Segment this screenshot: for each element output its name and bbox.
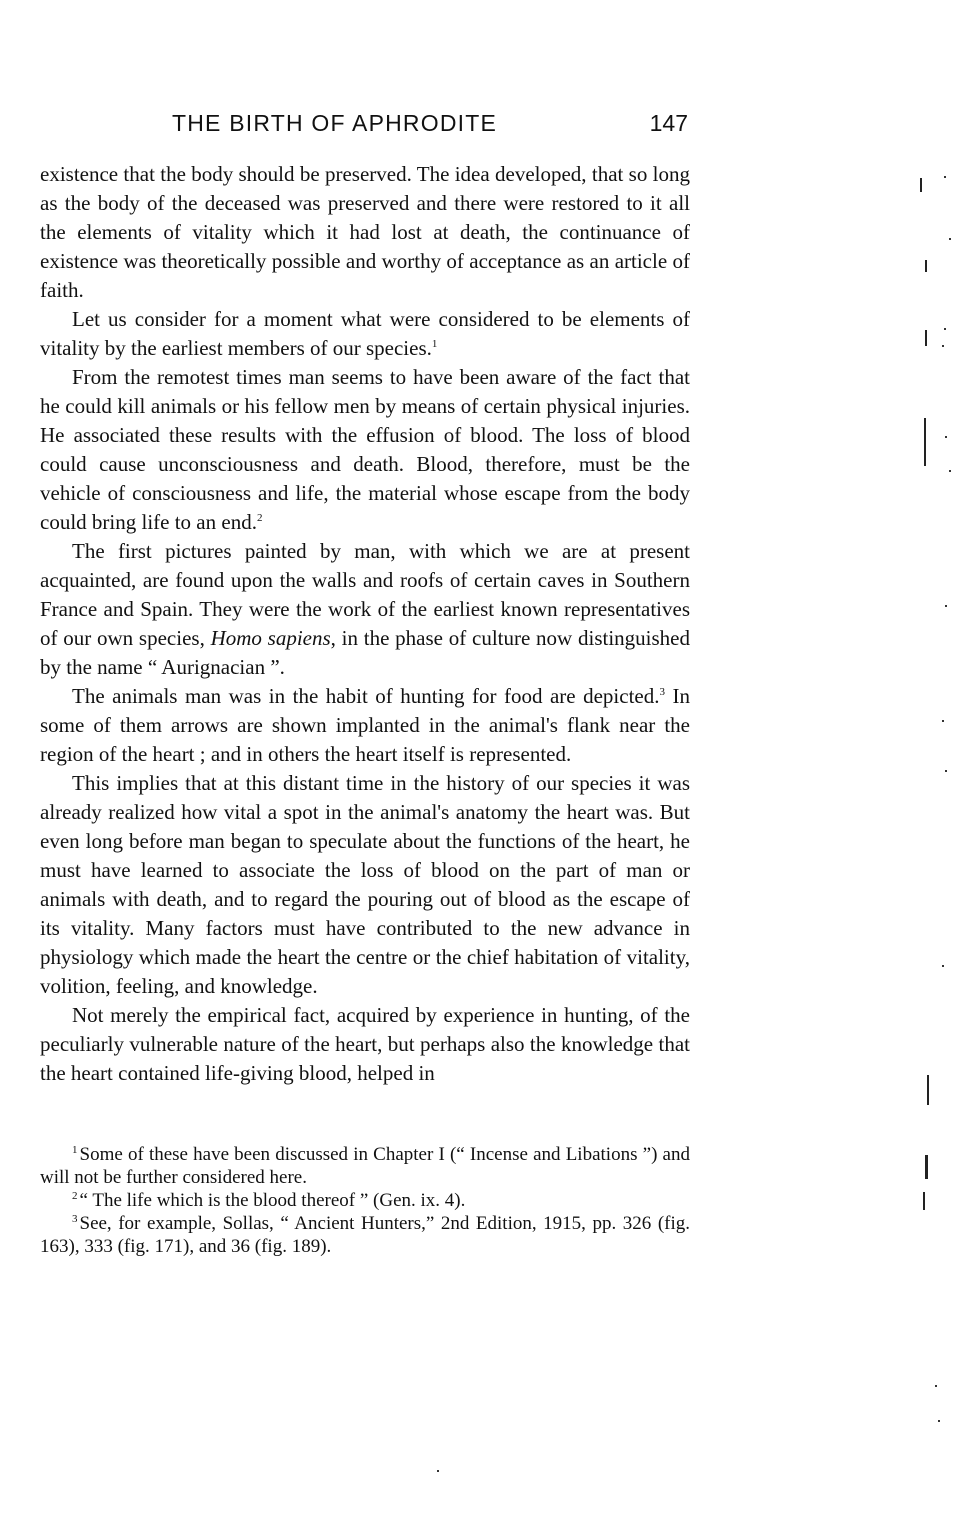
footnote-text: See, for example, Sollas, “ Ancient Hunt… xyxy=(40,1213,690,1257)
scan-speck xyxy=(949,470,951,472)
scan-artifact xyxy=(923,1192,925,1210)
scan-speck xyxy=(945,436,947,438)
paragraph-cave-paintings: The first pictures painted by man, with … xyxy=(40,537,690,682)
scan-artifact xyxy=(925,260,927,272)
scan-speck xyxy=(942,720,944,722)
footnote-1: 1Some of these have been discussed in Ch… xyxy=(40,1143,690,1189)
paragraph-text: From the remotest times man seems to hav… xyxy=(40,365,690,534)
scan-speck xyxy=(938,1420,940,1422)
scanned-book-page: THE BIRTH OF APHRODITE 147 existence tha… xyxy=(0,0,971,1514)
scan-artifact xyxy=(925,1155,928,1179)
running-title: THE BIRTH OF APHRODITE xyxy=(172,110,497,137)
scan-artifact xyxy=(927,1075,929,1105)
scan-speck xyxy=(945,605,947,607)
footnote-ref-1[interactable]: 1 xyxy=(432,338,438,350)
paragraph-text: This implies that at this distant time i… xyxy=(40,771,690,998)
footnote-text: “ The life which is the blood thereof ” … xyxy=(80,1190,466,1211)
paragraph-empirical-fact: Not merely the empirical fact, acquired … xyxy=(40,1001,690,1088)
footnote-marker: 2 xyxy=(72,1190,78,1202)
footnote-2: 2“ The life which is the blood thereof ”… xyxy=(40,1189,690,1212)
footnote-marker: 3 xyxy=(72,1213,78,1225)
scan-speck xyxy=(944,328,946,330)
paragraph-elements-of-vitality: Let us consider for a moment what were c… xyxy=(40,305,690,363)
paragraph-animals-depicted: The animals man was in the habit of hunt… xyxy=(40,682,690,769)
scan-artifact xyxy=(925,330,927,346)
footnote-ref-2[interactable]: 2 xyxy=(257,512,263,524)
italic-term: Homo sapiens xyxy=(211,626,331,650)
paragraph-continuation: existence that the body should be preser… xyxy=(40,160,690,305)
paragraph-text: Not merely the empirical fact, acquired … xyxy=(40,1003,690,1085)
paragraph-heart-vital-spot: This implies that at this distant time i… xyxy=(40,769,690,1001)
paragraph-text: The animals man was in the habit of hunt… xyxy=(72,684,660,708)
running-head: THE BIRTH OF APHRODITE 147 xyxy=(40,110,688,144)
scan-speck xyxy=(942,965,944,967)
scan-speck xyxy=(949,238,951,240)
scan-speck xyxy=(437,1470,439,1472)
scan-speck xyxy=(944,176,946,178)
scan-speck xyxy=(935,1385,937,1387)
scan-speck xyxy=(942,345,944,347)
paragraph-text: existence that the body should be preser… xyxy=(40,162,690,302)
paragraph-text: Let us consider for a moment what were c… xyxy=(40,307,690,360)
page-number: 147 xyxy=(650,110,688,137)
body-text: existence that the body should be preser… xyxy=(40,160,690,1088)
scan-speck xyxy=(945,770,947,772)
footnotes: 1Some of these have been discussed in Ch… xyxy=(40,1143,690,1258)
footnote-3: 3See, for example, Sollas, “ Ancient Hun… xyxy=(40,1212,690,1258)
scan-artifact xyxy=(920,178,922,192)
footnote-marker: 1 xyxy=(72,1144,78,1156)
paragraph-blood-vitality: From the remotest times man seems to hav… xyxy=(40,363,690,537)
scan-artifact xyxy=(924,418,926,466)
footnote-text: Some of these have been discussed in Cha… xyxy=(40,1144,690,1188)
